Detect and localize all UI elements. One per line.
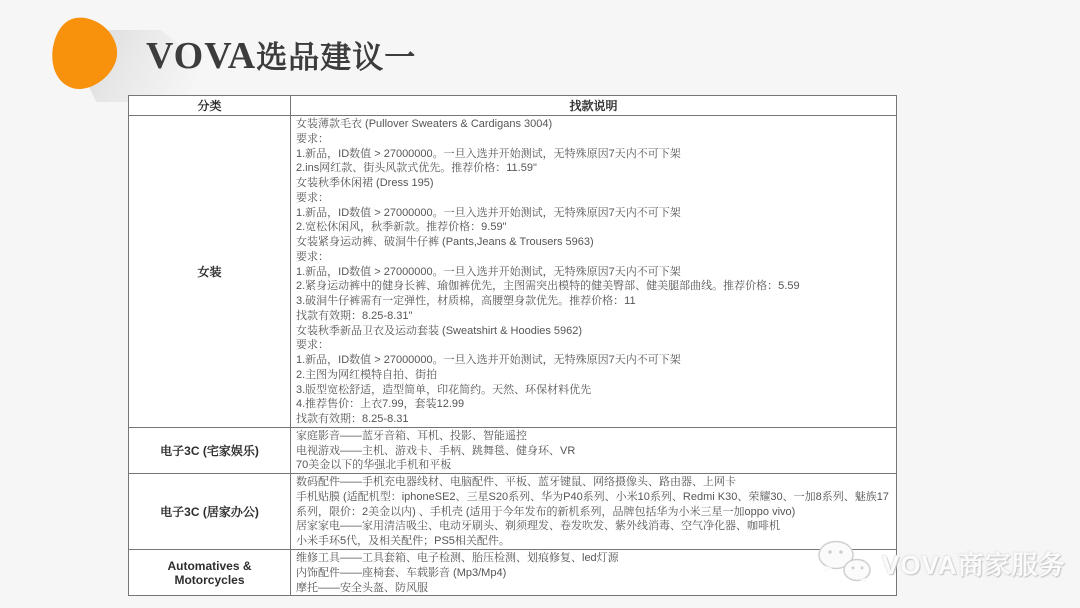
spec-line: 2.主图为网红模特自拍、街拍 [296,368,891,383]
spec-line: 4.推荐售价：上衣7.99，套装12.99 [296,397,891,412]
spec-line: 找款有效期：8.25-8.31" [296,309,891,324]
table-row: Automatives & Motorcycles 维修工具——工具套箱、电子检… [129,550,897,596]
spec-line: 女装紧身运动裤、破洞牛仔裤 (Pants,Jeans & Trousers 59… [296,235,891,250]
description-cell: 数码配件——手机充电器线材、电脑配件、平板、蓝牙键鼠、网络摄像头、路由器、上网卡… [291,474,897,550]
spec-line: 3.版型宽松舒适，造型简单，印花简约。天然、环保材料优先 [296,383,891,398]
spec-line: 女装薄款毛衣 (Pullover Sweaters & Cardigans 30… [296,117,891,132]
spec-line: 2.宽松休闲风，秋季新款。推荐价格：9.59" [296,220,891,235]
spec-line: 家庭影音——蓝牙音箱、耳机、投影、智能遥控 [296,429,891,444]
column-header-description: 找款说明 [291,96,897,116]
spec-line: 要求： [296,250,891,265]
category-cell: 女装 [129,116,291,428]
vova-logo-blob-icon [45,15,129,99]
title-brand: VOVA [146,34,256,78]
spec-line: 维修工具——工具套箱、电子检测、胎压检测、划痕修复、led灯源 [296,551,891,566]
spec-line: 1.新品，ID数值 > 27000000。一旦入选并开始测试，无特殊原因7天内不… [296,147,891,162]
description-cell: 女装薄款毛衣 (Pullover Sweaters & Cardigans 30… [291,116,897,428]
spec-line: 要求： [296,191,891,206]
spec-line: 居家家电——家用清洁吸尘、电动牙刷头、剃须理发、卷发吹发、紫外线消毒、空气净化器… [296,519,891,534]
spec-line: 女装秋季休闲裙 (Dress 195) [296,176,891,191]
spec-line: 1.新品，ID数值 > 27000000。一旦入选并开始测试，无特殊原因7天内不… [296,265,891,280]
watermark: VOVA商家服务 [814,538,1066,588]
spec-line: 要求： [296,132,891,147]
spec-line: 要求： [296,338,891,353]
spec-line: 女装秋季新品卫衣及运动套装 (Sweatshirt & Hoodies 5962… [296,324,891,339]
wechat-icon [814,538,876,588]
spec-line: 1.新品，ID数值 > 27000000。一旦入选并开始测试，无特殊原因7天内不… [296,206,891,221]
slide: VOVA选品建议一 分类 找款说明 女装 女装薄款毛衣 (Pullover Sw… [0,0,1080,608]
page-title: VOVA选品建议一 [146,32,416,78]
watermark-brand: VOVA商家服务 [882,545,1066,582]
spec-line: 数码配件——手机充电器线材、电脑配件、平板、蓝牙键鼠、网络摄像头、路由器、上网卡 [296,475,891,490]
table-header-row: 分类 找款说明 [129,96,897,116]
spec-line: 小米手环5代，及相关配件；PS5相关配件。 [296,534,891,549]
table-row: 电子3C (宅家娱乐) 家庭影音——蓝牙音箱、耳机、投影、智能遥控 电视游戏——… [129,427,897,473]
category-cell: Automatives & Motorcycles [129,550,291,596]
category-cell: 电子3C (居家办公) [129,474,291,550]
spec-line: 找款有效期：8.25-8.31 [296,412,891,427]
title-text: 选品建议一 [256,32,416,77]
column-header-category: 分类 [129,96,291,116]
spec-line: 2.ins网红款、街头风款式优先。推荐价格：11.59" [296,161,891,176]
spec-line: 70美金以下的华强北手机和平板 [296,458,891,473]
spec-line: 内饰配件——座椅套、车载影音 (Mp3/Mp4) [296,566,891,581]
description-cell: 维修工具——工具套箱、电子检测、胎压检测、划痕修复、led灯源 内饰配件——座椅… [291,550,897,596]
spec-line: 1.新品，ID数值 > 27000000。一旦入选并开始测试，无特殊原因7天内不… [296,353,891,368]
spec-line: 手机贴膜 (适配机型：iphoneSE2、三星S20系列、华为P40系列、小米1… [296,490,891,520]
category-cell: 电子3C (宅家娱乐) [129,427,291,473]
spec-line: 2.紧身运动裤中的健身长裤、瑜伽裤优先，主图需突出模特的健美臀部、健美腿部曲线。… [296,279,891,294]
spec-line: 3.破洞牛仔裤需有一定弹性，材质棉，高腰塑身款优先。推荐价格：11 [296,294,891,309]
table-row: 女装 女装薄款毛衣 (Pullover Sweaters & Cardigans… [129,116,897,428]
table-row: 电子3C (居家办公) 数码配件——手机充电器线材、电脑配件、平板、蓝牙键鼠、网… [129,474,897,550]
description-cell: 家庭影音——蓝牙音箱、耳机、投影、智能遥控 电视游戏——主机、游戏卡、手柄、跳舞… [291,427,897,473]
spec-line: 电视游戏——主机、游戏卡、手柄、跳舞毯、健身环、VR [296,444,891,459]
spec-line: 摩托——安全头盔、防风服 [296,581,891,596]
selection-table: 分类 找款说明 女装 女装薄款毛衣 (Pullover Sweaters & C… [128,95,897,596]
